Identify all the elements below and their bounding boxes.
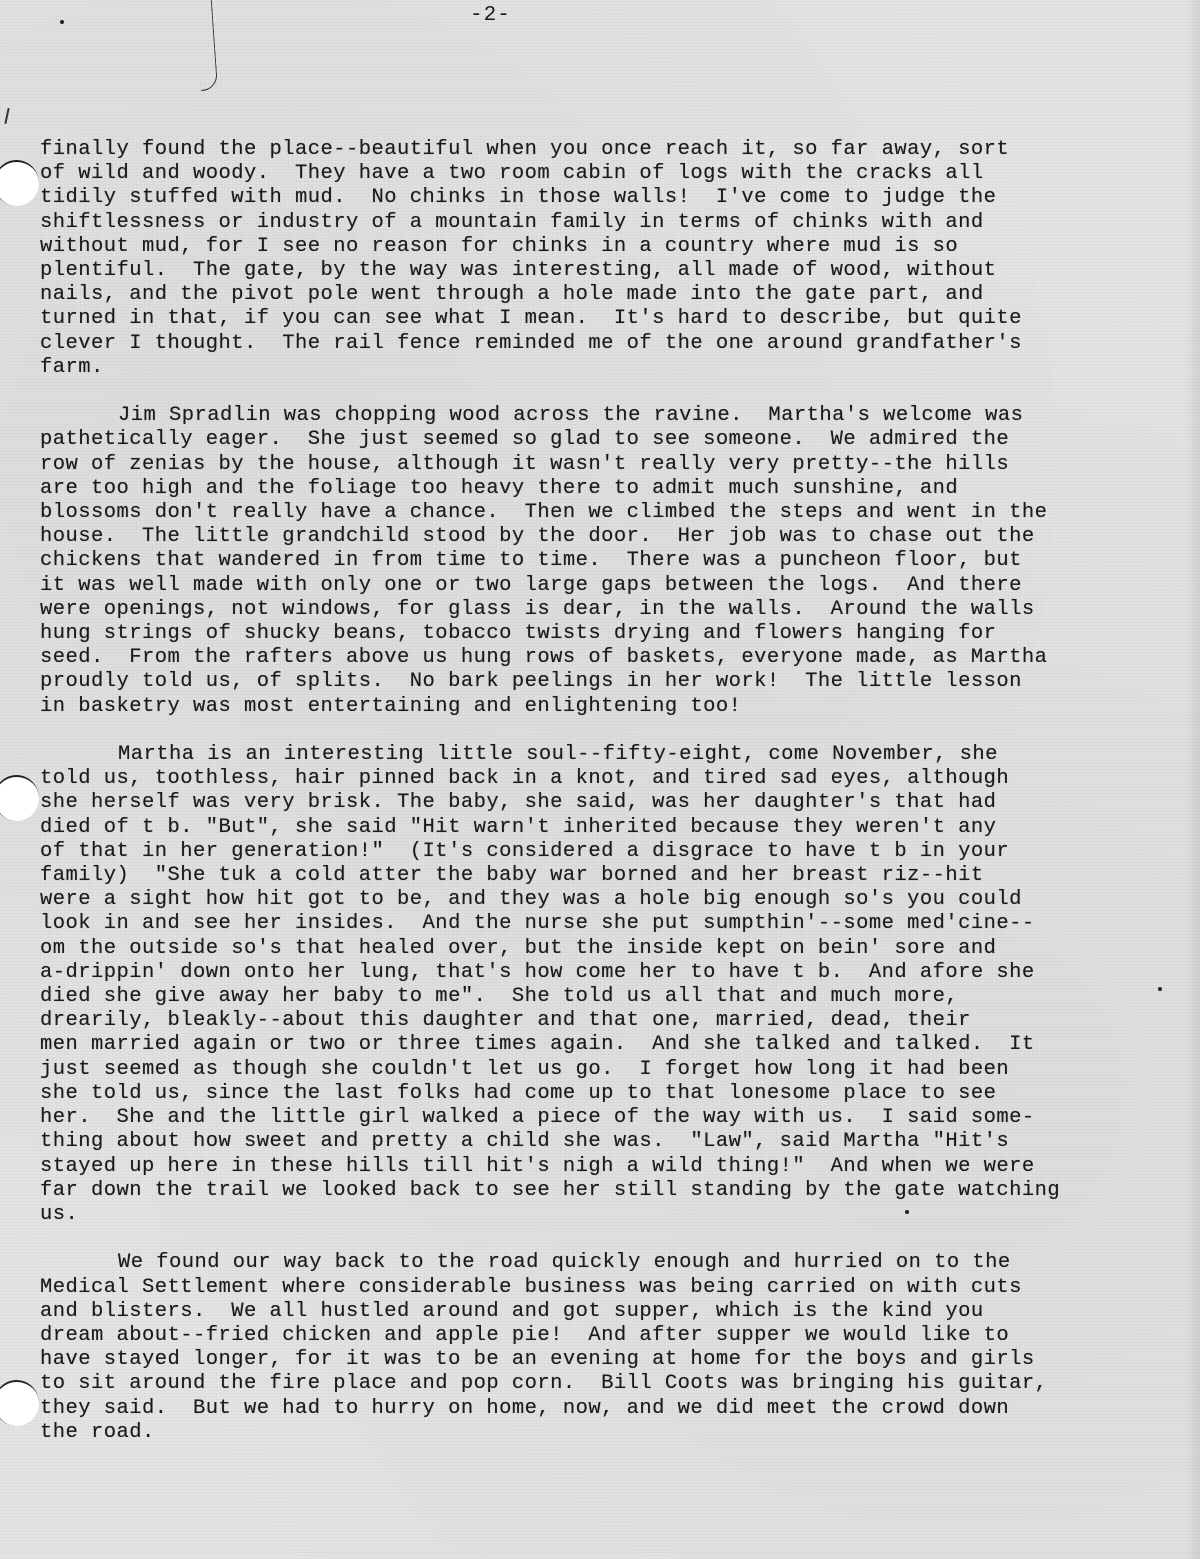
document-body: finally found the place--beautiful when …: [40, 138, 1200, 1469]
text-line: thing about how sweet and pretty a child…: [40, 1130, 1200, 1154]
text-line: far down the trail we looked back to see…: [40, 1179, 1200, 1203]
text-line: turned in that, if you can see what I me…: [40, 307, 1200, 331]
text-line: pathetically eager. She just seemed so g…: [40, 428, 1200, 452]
text-line: plentiful. The gate, by the way was inte…: [40, 259, 1200, 283]
text-line: told us, toothless, hair pinned back in …: [40, 767, 1200, 791]
text-line: they said. But we had to hurry on home, …: [40, 1397, 1200, 1421]
text-line: her. She and the little girl walked a pi…: [40, 1106, 1200, 1130]
text-line: hung strings of shucky beans, tobacco tw…: [40, 622, 1200, 646]
text-line: look in and see her insides. And the nur…: [40, 912, 1200, 936]
text-line: were a sight how hit got to be, and they…: [40, 888, 1200, 912]
text-line: house. The little grandchild stood by th…: [40, 525, 1200, 549]
text-line: Medical Settlement where considerable bu…: [40, 1276, 1200, 1300]
text-line: nails, and the pivot pole went through a…: [40, 283, 1200, 307]
text-line: men married again or two or three times …: [40, 1033, 1200, 1057]
text-line: she told us, since the last folks had co…: [40, 1082, 1200, 1106]
text-line: chickens that wandered in from time to t…: [40, 549, 1200, 573]
text-line: finally found the place--beautiful when …: [40, 138, 1200, 162]
text-line: died of t b. "But", she said "Hit warn't…: [40, 816, 1200, 840]
text-line: stayed up here in these hills till hit's…: [40, 1155, 1200, 1179]
scanned-page: -2- finally found the place--beautiful w…: [0, 0, 1200, 1559]
paper-fold-mark: [195, 0, 218, 91]
text-line: a-drippin' down onto her lung, that's ho…: [40, 961, 1200, 985]
text-line: of wild and woody. They have a two room …: [40, 162, 1200, 186]
text-line: Jim Spradlin was chopping wood across th…: [40, 404, 1200, 428]
text-line: us.: [40, 1203, 1200, 1227]
paragraph-visit-inside: Jim Spradlin was chopping wood across th…: [40, 404, 1200, 719]
paragraph-martha-story: Martha is an interesting little soul--fi…: [40, 743, 1200, 1227]
text-line: om the outside so's that healed over, bu…: [40, 937, 1200, 961]
paragraph-cabin-description: finally found the place--beautiful when …: [40, 138, 1200, 380]
text-line: Martha is an interesting little soul--fi…: [40, 743, 1200, 767]
text-line: We found our way back to the road quickl…: [40, 1251, 1200, 1275]
text-line: are too high and the foliage too heavy t…: [40, 477, 1200, 501]
paragraph-return-settlement: We found our way back to the road quickl…: [40, 1251, 1200, 1445]
text-line: dream about--fried chicken and apple pie…: [40, 1324, 1200, 1348]
text-line: drearily, bleakly--about this daughter a…: [40, 1009, 1200, 1033]
text-line: she herself was very brisk. The baby, sh…: [40, 791, 1200, 815]
text-line: have stayed longer, for it was to be an …: [40, 1348, 1200, 1372]
text-line: to sit around the fire place and pop cor…: [40, 1372, 1200, 1396]
text-line: proudly told us, of splits. No bark peel…: [40, 670, 1200, 694]
page-number: -2-: [470, 4, 511, 27]
text-line: were openings, not windows, for glass is…: [40, 598, 1200, 622]
text-line: just seemed as though she couldn't let u…: [40, 1058, 1200, 1082]
text-line: it was well made with only one or two la…: [40, 574, 1200, 598]
punch-hole-top: [0, 160, 39, 206]
text-line: blossoms don't really have a chance. The…: [40, 501, 1200, 525]
text-line: the road.: [40, 1421, 1200, 1445]
text-line: family) "She tuk a cold atter the baby w…: [40, 864, 1200, 888]
text-line: of that in her generation!" (It's consid…: [40, 840, 1200, 864]
text-line: without mud, for I see no reason for chi…: [40, 235, 1200, 259]
text-line: farm.: [40, 356, 1200, 380]
punch-hole-middle: [0, 775, 39, 821]
text-line: tidily stuffed with mud. No chinks in th…: [40, 186, 1200, 210]
ink-speck: [60, 20, 64, 24]
text-line: row of zenias by the house, although it …: [40, 453, 1200, 477]
text-line: shiftlessness or industry of a mountain …: [40, 211, 1200, 235]
text-line: clever I thought. The rail fence reminde…: [40, 332, 1200, 356]
text-line: died she give away her baby to me". She …: [40, 985, 1200, 1009]
ink-scratch: [4, 108, 9, 124]
punch-hole-bottom: [0, 1380, 39, 1426]
text-line: seed. From the rafters above us hung row…: [40, 646, 1200, 670]
text-line: and blisters. We all hustled around and …: [40, 1300, 1200, 1324]
text-line: in basketry was most entertaining and en…: [40, 695, 1200, 719]
